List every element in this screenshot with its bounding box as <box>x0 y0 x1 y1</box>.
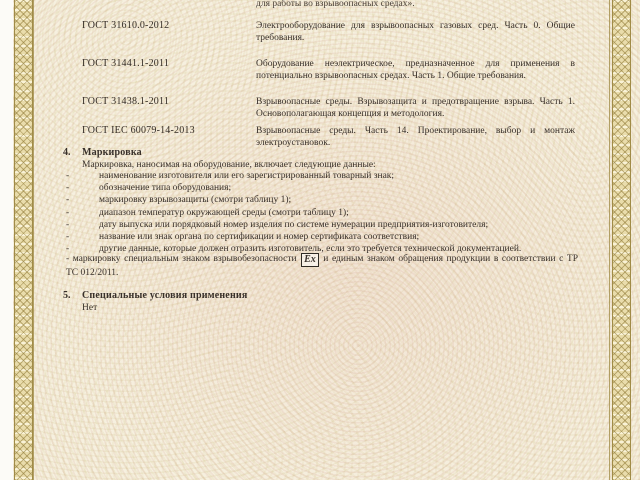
standard-description: Взрывоопасные среды. Часть 14. Проектиро… <box>256 125 575 149</box>
dash-marker: - <box>66 231 99 243</box>
ex-mark-icon: Ex <box>301 253 320 267</box>
dash-marker: - <box>66 219 99 231</box>
standard-description: Электрооборудование для взрывоопасных га… <box>256 20 575 44</box>
list-item: -маркировку взрывозащиты (смотри таблицу… <box>66 194 586 206</box>
standard-code: ГОСТ 31438.1-2011 <box>82 96 247 108</box>
ex-paragraph-before: - маркировку специальным знаком взрывобе… <box>66 254 297 264</box>
truncated-top-line: для работы во взрывоопасных средах». <box>256 0 586 10</box>
list-item-text: обозначение типа оборудования; <box>99 183 231 193</box>
standard-description: Взрывоопасные среды. Взрывозащита и пред… <box>256 96 575 120</box>
dash-marker: - <box>66 182 99 194</box>
certificate-scan-page: для работы во взрывоопасных средах». ГОС… <box>0 0 640 480</box>
list-item-text: наименование изготовителя или его зареги… <box>99 171 394 181</box>
list-item: -дату выпуска или порядковый номер издел… <box>66 219 586 231</box>
dash-marker: - <box>66 207 99 219</box>
standard-code: ГОСТ IEC 60079-14-2013 <box>82 125 247 137</box>
section-5-title: Специальные условия применения <box>82 290 247 302</box>
standard-description: Оборудование неэлектрическое, предназнач… <box>256 58 575 82</box>
standard-code: ГОСТ 31441.1-2011 <box>82 58 247 70</box>
list-item-text: маркировку взрывозащиты (смотри таблицу … <box>99 195 291 205</box>
list-item-text: диапазон температур окружающей среды (см… <box>99 208 349 218</box>
special-conditions-value: Нет <box>82 302 97 314</box>
list-item-text: название или знак органа по сертификации… <box>99 232 419 242</box>
section-4-title: Маркировка <box>82 147 142 159</box>
list-item: -наименование изготовителя или его зарег… <box>66 170 586 182</box>
dash-marker: - <box>66 170 99 182</box>
standard-code: ГОСТ 31610.0-2012 <box>82 20 247 32</box>
list-item: -обозначение типа оборудования; <box>66 182 586 194</box>
list-item: -название или знак органа по сертификаци… <box>66 231 586 243</box>
section-5-number: 5. <box>63 290 71 302</box>
list-item-text: дату выпуска или порядковый номер издели… <box>99 220 488 230</box>
section-4-number: 4. <box>63 147 71 159</box>
dash-marker: - <box>66 194 99 206</box>
list-item: -диапазон температур окружающей среды (с… <box>66 207 586 219</box>
marking-items-list: -наименование изготовителя или его зарег… <box>66 170 586 255</box>
ex-marking-paragraph: - маркировку специальным знаком взрывобе… <box>66 252 578 280</box>
certificate-text-block: для работы во взрывоопасных средах». ГОС… <box>0 0 640 480</box>
